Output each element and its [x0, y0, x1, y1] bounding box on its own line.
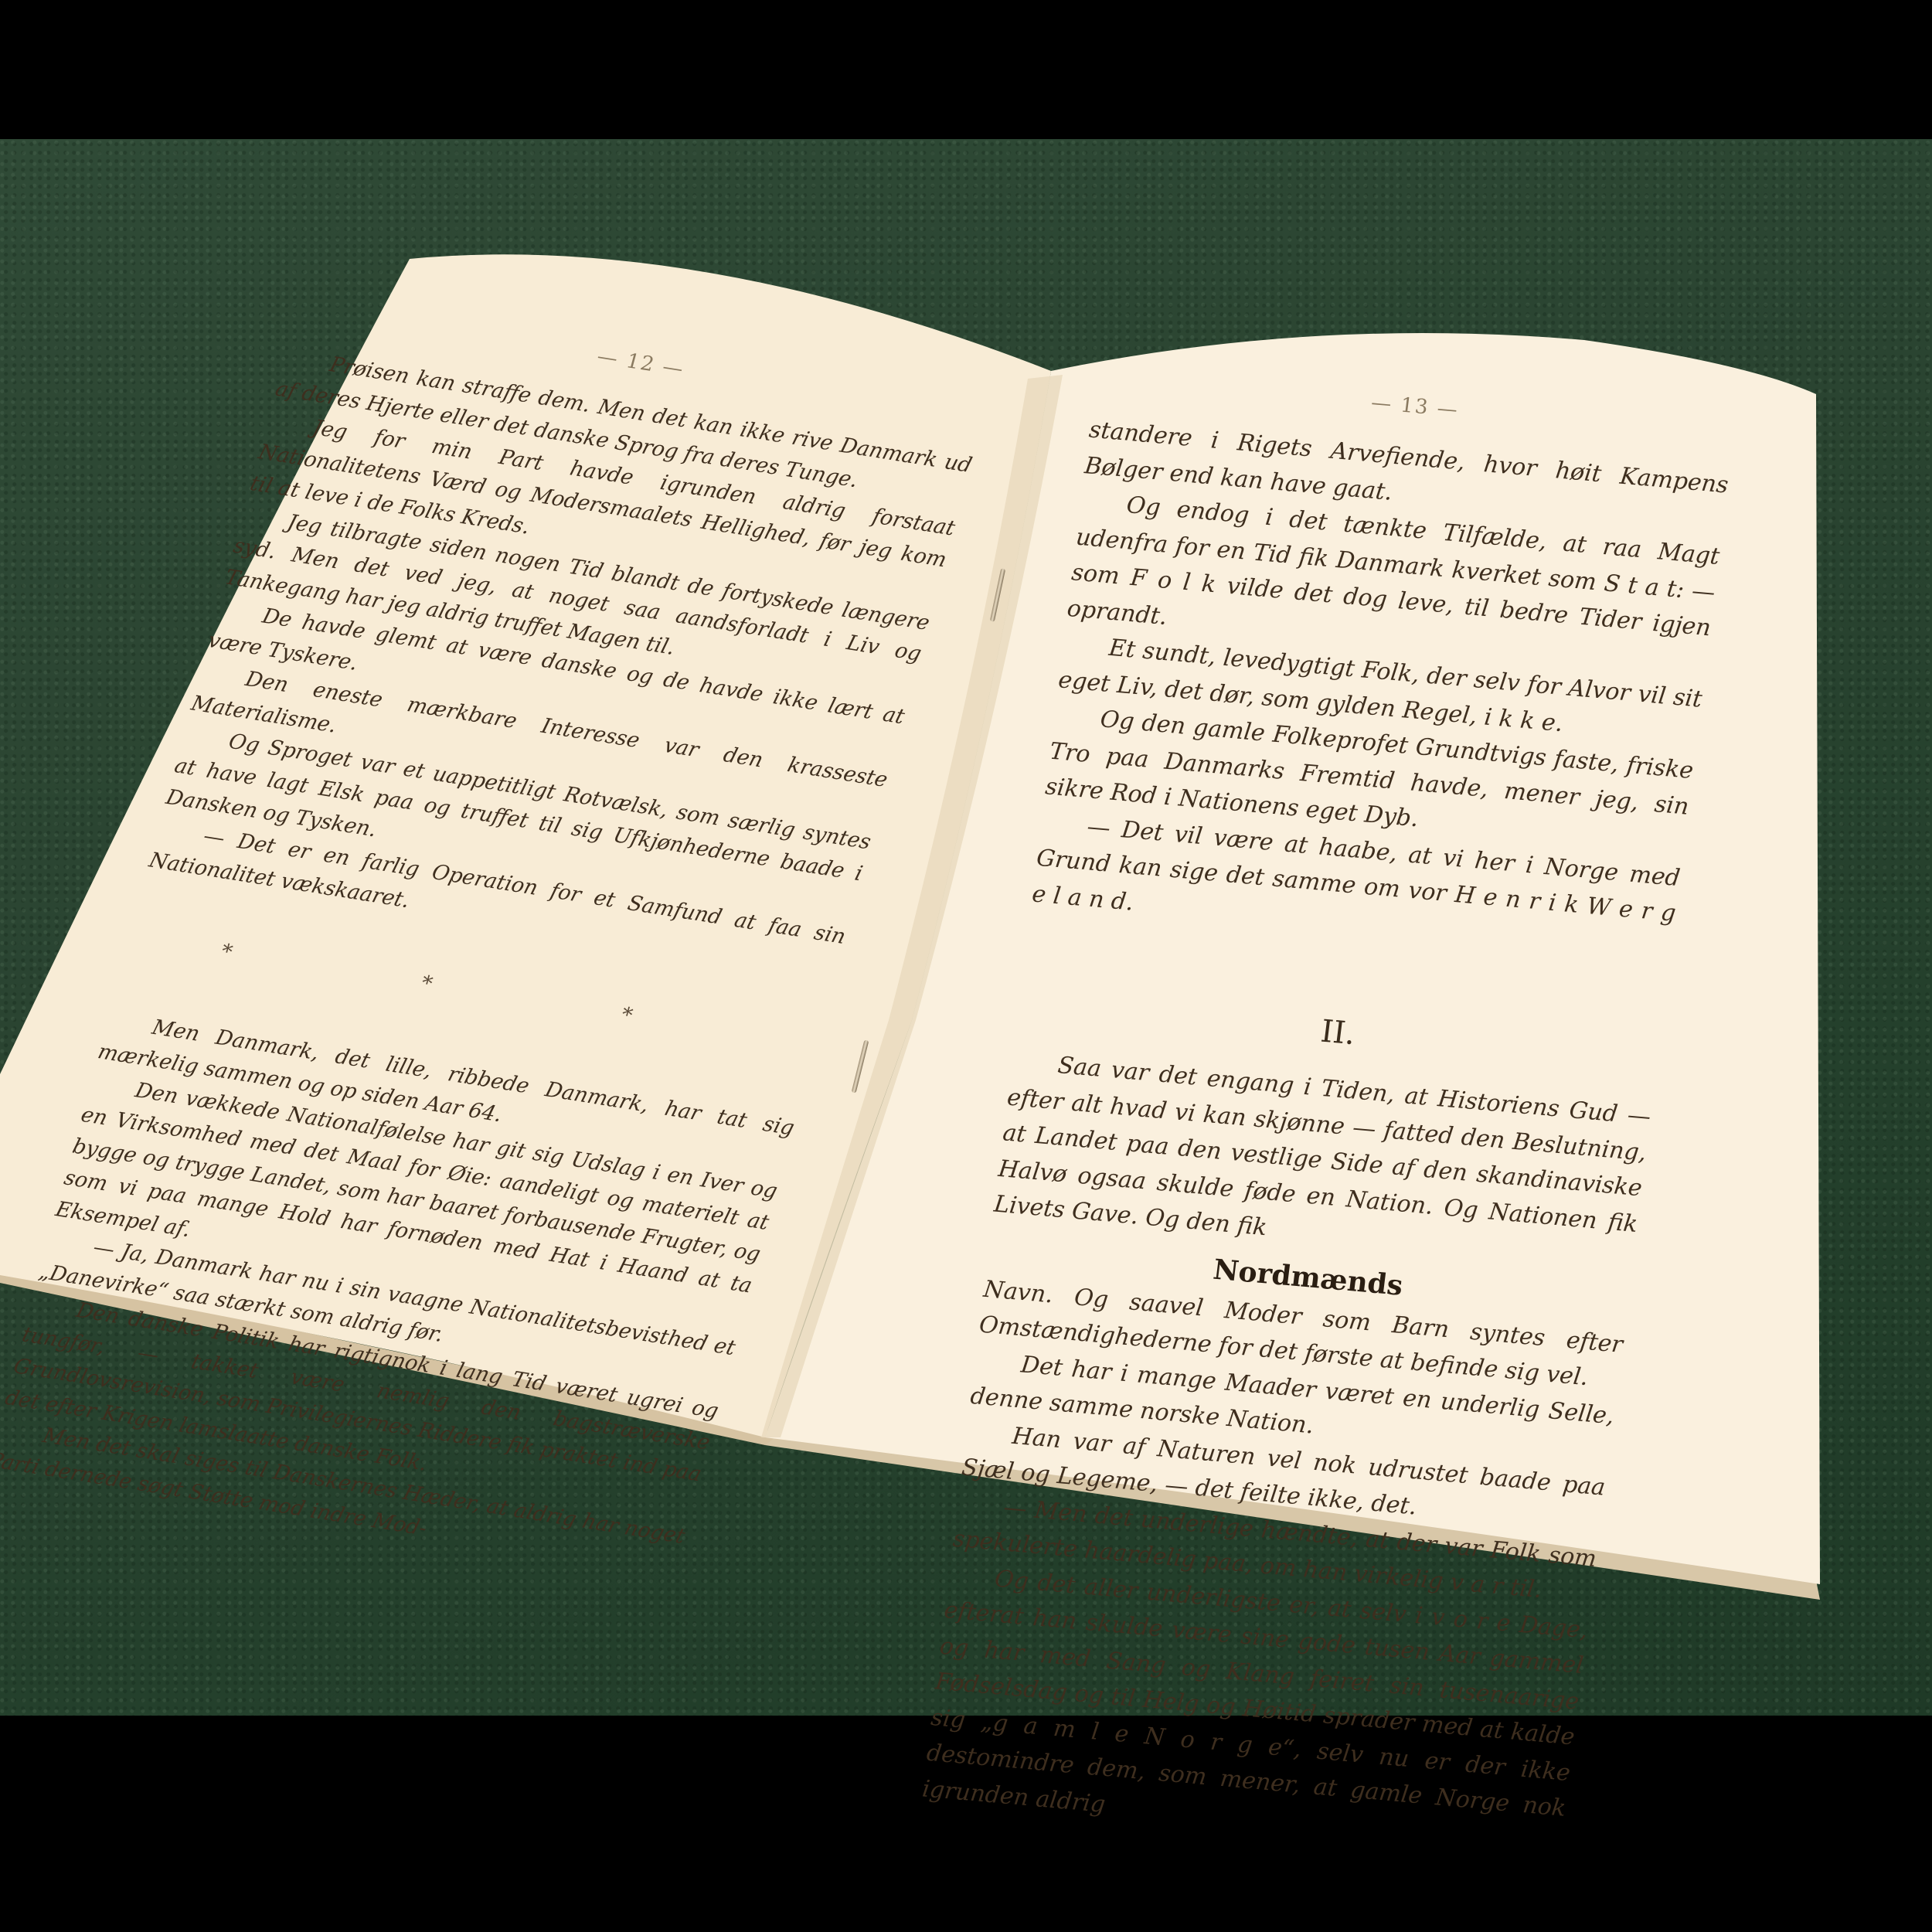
open-booklet: — 12 — Prøisen kan straffe dem. Men det …	[0, 0, 1932, 1932]
